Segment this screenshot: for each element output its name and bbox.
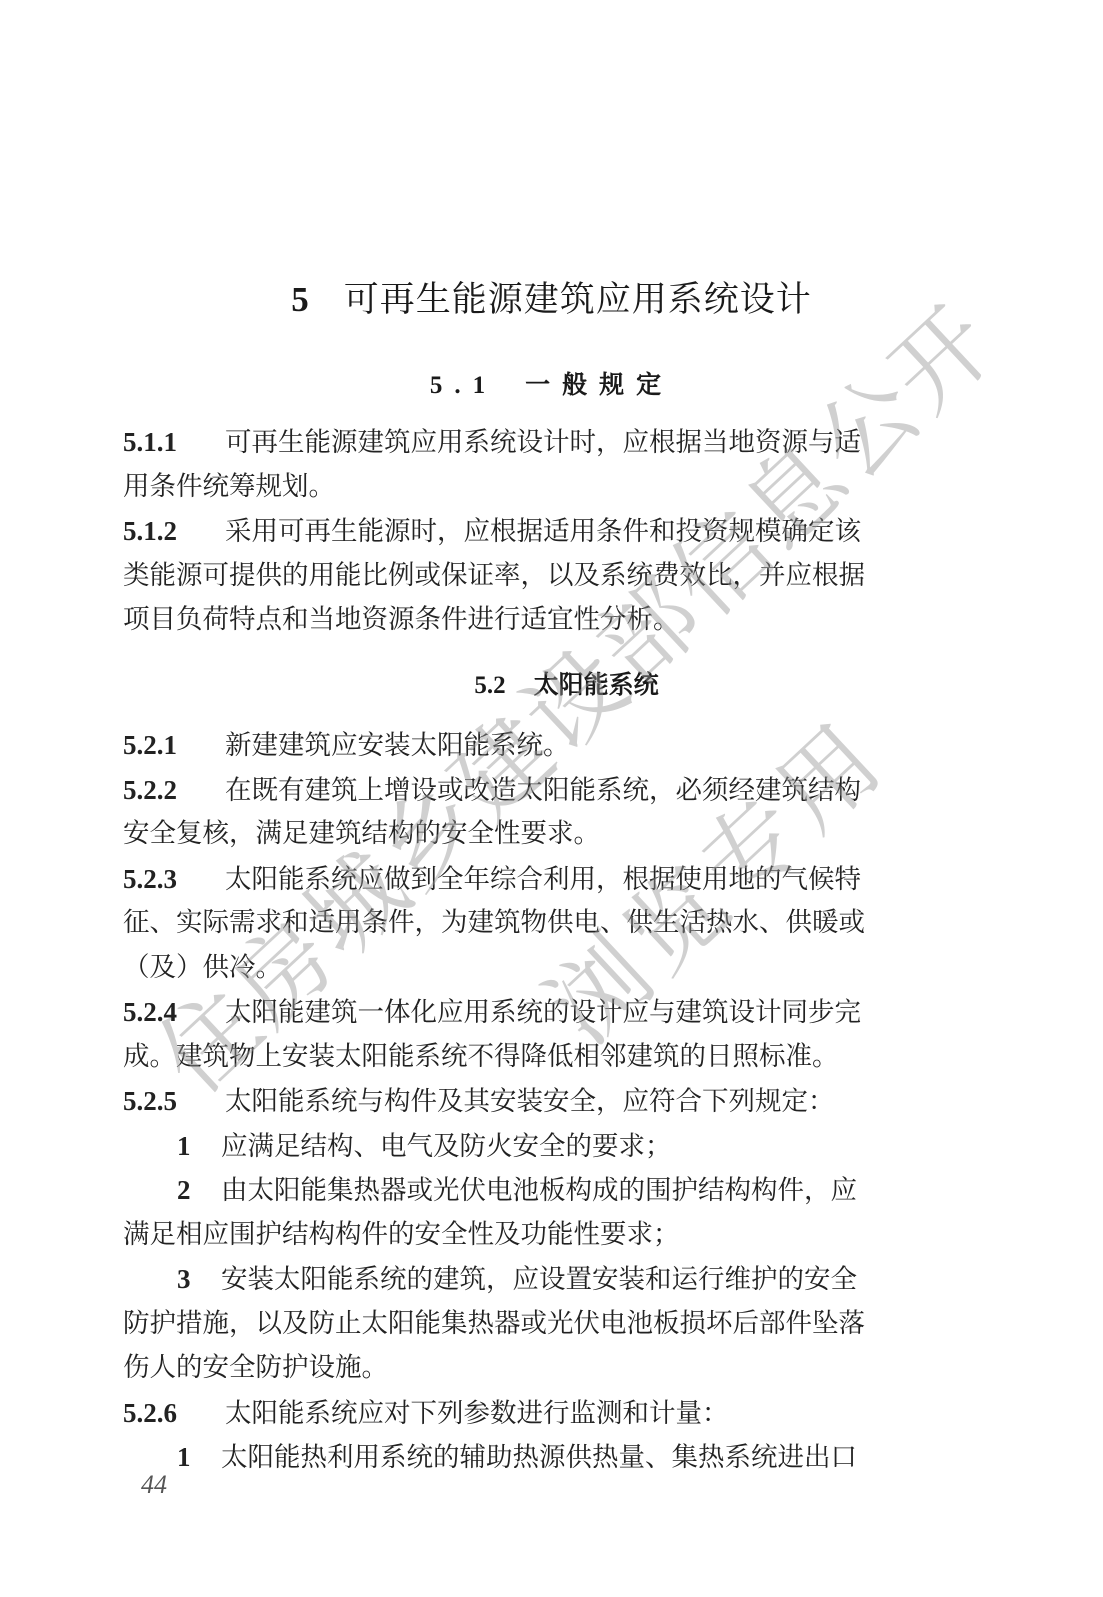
clause-number: 5.1.1 <box>123 420 225 465</box>
list-item-line: 满足相应围护结构构件的安全性及功能性要求； <box>123 1213 923 1258</box>
section-title: 太阳能系统 <box>534 670 659 699</box>
clause-line: 5.2.1新建建筑应安装太阳能系统。 <box>123 723 923 768</box>
clause-line: 成。建筑物上安装太阳能系统不得降低相邻建筑的日照标准。 <box>123 1035 923 1080</box>
section-number: 5.2 <box>474 672 505 699</box>
clause-line: 5.1.2采用可再生能源时，应根据适用条件和投资规模确定该 <box>123 509 923 554</box>
item-number: 1 <box>177 1435 221 1480</box>
clause-line: 征、实际需求和适用条件，为建筑物供电、供生活热水、供暖或 <box>123 901 923 946</box>
list-item: 2由太阳能集热器或光伏电池板构成的围护结构构件，应 <box>123 1168 923 1213</box>
clause-number: 5.2.6 <box>123 1391 225 1436</box>
item-number: 2 <box>177 1168 221 1213</box>
document-page: 5可再生能源建筑应用系统设计 5.1一般规定 5.1.1可再生能源建筑应用系统设… <box>0 0 1103 1597</box>
clause-line: 5.1.1可再生能源建筑应用系统设计时，应根据当地资源与适 <box>123 420 923 465</box>
clause-number: 5.2.5 <box>123 1079 225 1124</box>
clause-line: （及）供冷。 <box>123 946 923 991</box>
clause-line: 用条件统筹规划。 <box>123 465 923 510</box>
clause-number: 5.2.4 <box>123 990 225 1035</box>
chapter-title: 5可再生能源建筑应用系统设计 <box>0 272 1103 322</box>
chapter-number: 5 <box>291 280 310 319</box>
clause-number: 5.2.3 <box>123 857 225 902</box>
list-item: 3安装太阳能系统的建筑，应设置安装和运行维护的安全 <box>123 1257 923 1302</box>
clause-number: 5.1.2 <box>123 509 225 554</box>
clause-line: 5.2.2在既有建筑上增设或改造太阳能系统，必须经建筑结构 <box>123 768 923 813</box>
page-number: 44 <box>141 1470 167 1500</box>
clause-line: 项目负荷特点和当地资源条件进行适宜性分析。 <box>123 598 923 643</box>
section-heading-5-2: 5.2太阳能系统 <box>30 665 1103 701</box>
clause-line: 5.2.3太阳能系统应做到全年综合利用，根据使用地的气候特 <box>123 857 923 902</box>
item-number: 1 <box>177 1124 221 1169</box>
section-number: 5.1 <box>430 372 497 399</box>
section-5-1-body: 5.1.1可再生能源建筑应用系统设计时，应根据当地资源与适 用条件统筹规划。 5… <box>123 420 923 643</box>
clause-line: 安全复核，满足建筑结构的安全性要求。 <box>123 812 923 857</box>
clause-line: 5.2.5太阳能系统与构件及其安装安全，应符合下列规定： <box>123 1079 923 1124</box>
clause-line: 类能源可提供的用能比例或保证率，以及系统费效比，并应根据 <box>123 554 923 599</box>
clause-line: 5.2.6太阳能系统应对下列参数进行监测和计量： <box>123 1391 923 1436</box>
clause-number: 5.2.2 <box>123 768 225 813</box>
item-number: 3 <box>177 1257 221 1302</box>
chapter-title-text: 可再生能源建筑应用系统设计 <box>344 280 812 320</box>
clause-line: 5.2.4太阳能建筑一体化应用系统的设计应与建筑设计同步完 <box>123 990 923 1035</box>
clause-number: 5.2.1 <box>123 723 225 768</box>
list-item-line: 防护措施，以及防止太阳能集热器或光伏电池板损坏后部件坠落 <box>123 1302 923 1347</box>
list-item-line: 伤人的安全防护设施。 <box>123 1346 923 1391</box>
section-title: 一般规定 <box>525 370 673 399</box>
list-item: 1太阳能热利用系统的辅助热源供热量、集热系统进出口 <box>123 1435 923 1480</box>
list-item: 1应满足结构、电气及防火安全的要求； <box>123 1124 923 1169</box>
section-heading-5-1: 5.1一般规定 <box>0 365 1103 401</box>
section-5-2-body: 5.2.1新建建筑应安装太阳能系统。 5.2.2在既有建筑上增设或改造太阳能系统… <box>123 723 923 1480</box>
